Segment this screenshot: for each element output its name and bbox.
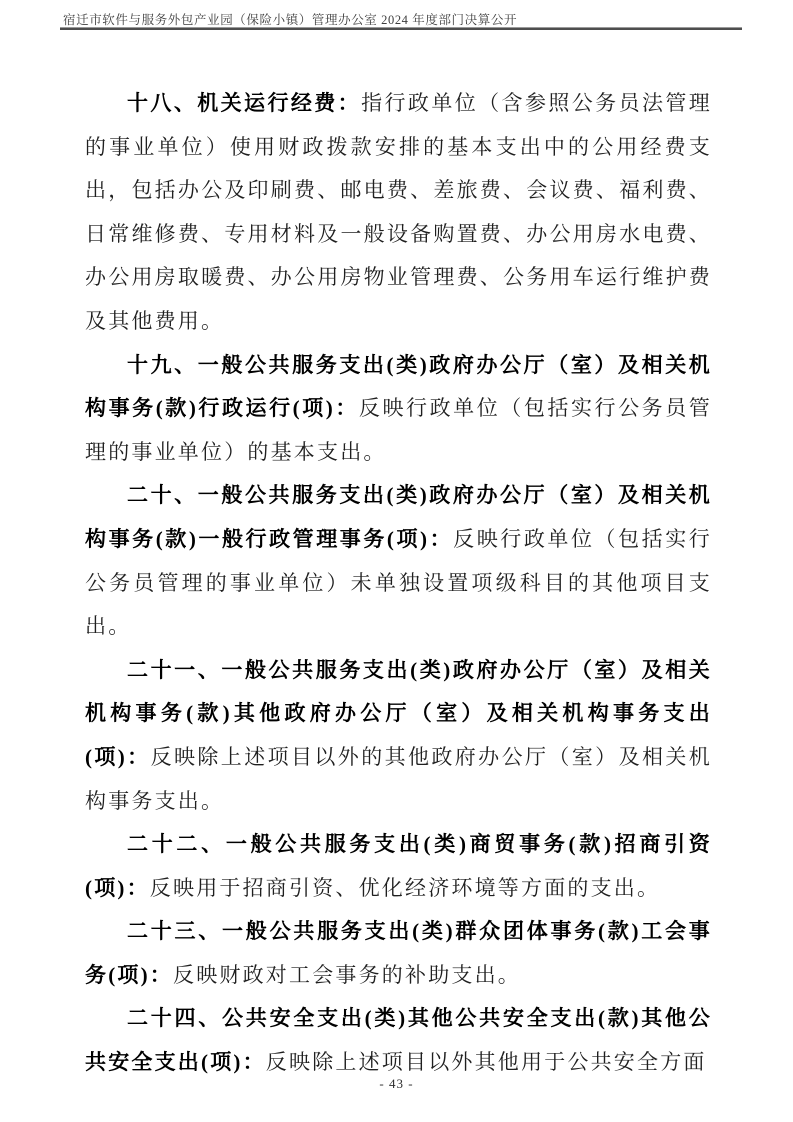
paragraph-18-text: 指行政单位（含参照公务员法管理的事业单位）使用财政拨款安排的基本支出中的公用经费… [85, 91, 712, 333]
paragraph-19: 十九、一般公共服务支出(类)政府办公厅（室）及相关机构事务(款)行政运行(项)：… [85, 344, 712, 475]
paragraph-20: 二十、一般公共服务支出(类)政府办公厅（室）及相关机构事务(款)一般行政管理事务… [85, 474, 712, 648]
paragraph-21: 二十一、一般公共服务支出(类)政府办公厅（室）及相关机构事务(款)其他政府办公厅… [85, 649, 712, 823]
paragraph-22: 二十二、一般公共服务支出(类)商贸事务(款)招商引资(项)：反映用于招商引资、优… [85, 823, 712, 910]
page-number: - 43 - [0, 1076, 793, 1092]
paragraph-18-label: 十八、机关运行经费： [127, 91, 361, 115]
document-header-title: 宿迁市软件与服务外包产业园（保险小镇）管理办公室 2024 年度部门决算公开 [63, 10, 753, 28]
header-divider-rule [60, 27, 742, 30]
document-page: 宿迁市软件与服务外包产业园（保险小镇）管理办公室 2024 年度部门决算公开 十… [0, 0, 793, 1122]
paragraph-18: 十八、机关运行经费：指行政单位（含参照公务员法管理的事业单位）使用财政拨款安排的… [85, 82, 712, 344]
paragraph-24: 二十四、公共安全支出(类)其他公共安全支出(款)其他公共安全支出(项)：反映除上… [85, 997, 712, 1084]
paragraph-24-text: 反映除上述项目以外其他用于公共安全方面 [266, 1050, 707, 1074]
document-body: 十八、机关运行经费：指行政单位（含参照公务员法管理的事业单位）使用财政拨款安排的… [85, 82, 712, 1085]
paragraph-23: 二十三、一般公共服务支出(类)群众团体事务(款)工会事务(项)：反映财政对工会事… [85, 910, 712, 997]
paragraph-21-text: 反映除上述项目以外的其他政府办公厅（室）及相关机构事务支出。 [85, 745, 712, 813]
paragraph-22-text: 反映用于招商引资、优化经济环境等方面的支出。 [150, 876, 660, 900]
paragraph-23-text: 反映财政对工会事务的补助支出。 [173, 963, 521, 987]
